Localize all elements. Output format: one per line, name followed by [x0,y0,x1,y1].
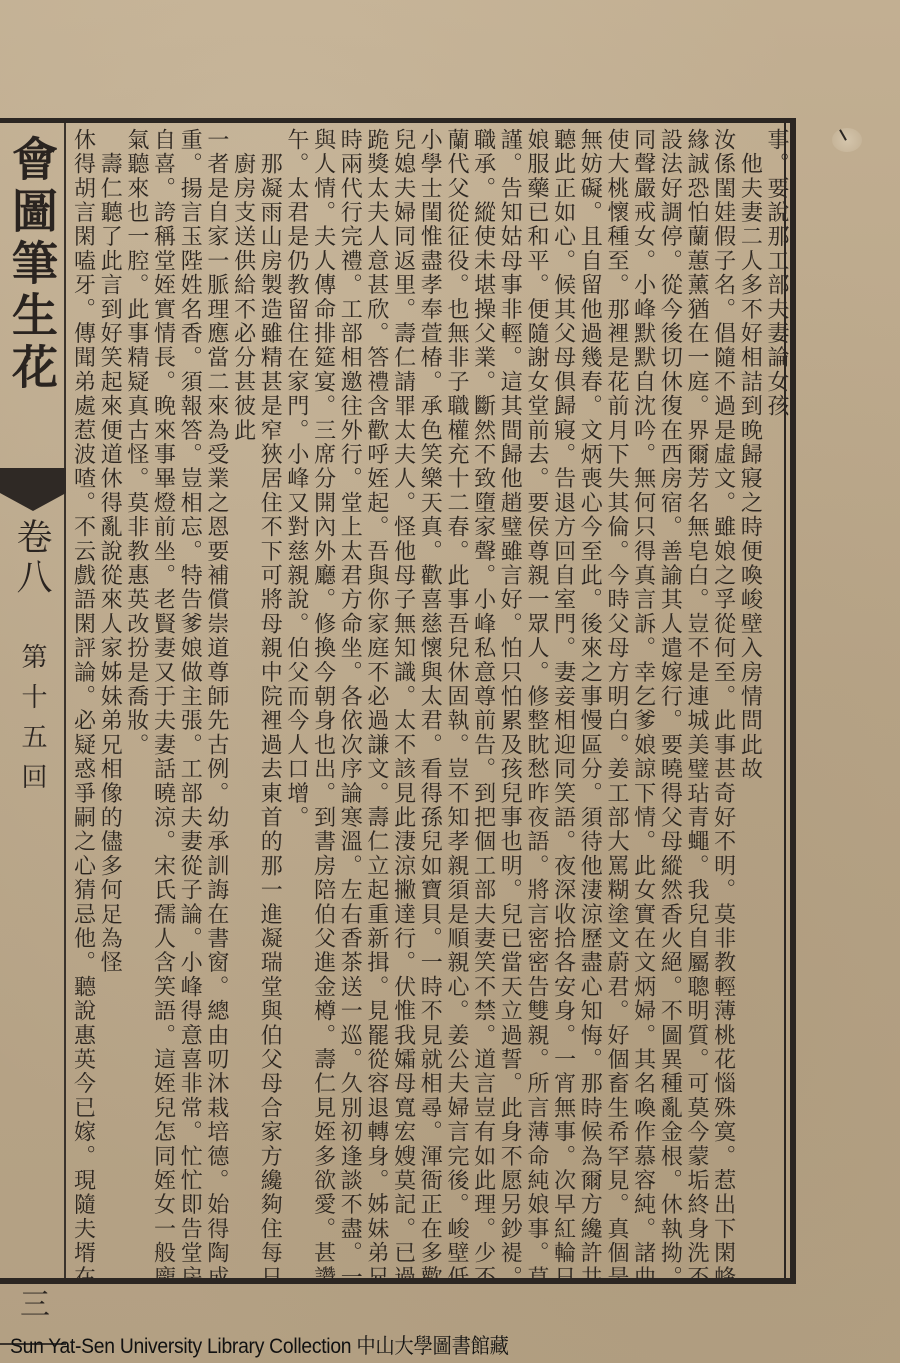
volume-label: 卷八 [6,518,56,598]
text-column: 自喜。誇稱堂姪實情長。晚來事畢燈前坐。老賢妻又于夫妻話曉涼。宋氏孺人含笑語。這姪… [150,128,177,1278]
fishtail-notch-icon [0,493,66,511]
text-column: 蘭代父從征役。也無非子職權充十二春。此事吾兒休固執。豈不知孝親須是順親心。姜公夫… [443,128,470,1278]
fishtail-mark-icon [0,468,66,493]
text-column: 聽此正如心。候其父母俱歸寢。告退方回自室門。妻妾相迎同笑語。夜深收拾各安身。一宵… [550,128,577,1278]
text-column: 使大桃懷種至。那裡是花前月下失其倫。今時父母方明白。姜工部大罵糊塗文蔚君。好個畜… [603,128,630,1278]
text-column: 無妨礙。且自留他過幾春。文炳喪心今至此。後來之事慢區分。須待他淒涼歷盡心知悔。那… [577,128,604,1278]
text-column: 重。揚言玉陛姓名香。須報答。豈相忘。特告爹娘做主張。工部夫妻從子論。小峰得意喜非… [177,128,204,1278]
book-page: 會圖筆生花 卷八 第十五回 三 事。要說那工部夫妻論女孩 他夫妻二人多不好相詰到… [0,0,900,1363]
text-column: 設法好調停。從今後切休復在西房宿。善諭其人遣嫁行。要曉得父母縱然香火絕。不圖異種… [657,128,684,1278]
chapter-label: 第十五回 [10,643,54,803]
book-title: 會圖筆生花 [2,135,62,395]
text-column: 緣誠恐怕蘭蕙薰猶在一庭。界爾芳名無皂白。豈不是連城美璧玷青蠅。我兒自屬聰明質。可… [683,128,710,1278]
text-column: 那凝雨山房製造雖精甚是窄狹居住不下可將母親中院裡過去東首的那一進凝瑞堂與伯父母合… [257,128,284,1278]
text-column: 娘服藥已和平。便隨謝女堂前去。要侯尊親一眾人。修整眈愁昨夜語。將言密密告雙親。所… [523,128,550,1278]
text-column: 事。要說那工部夫妻論女孩 [763,128,790,1278]
text-column: 休得胡言閑嗑牙。傳聞弟處惹波喳。不云戲語閑評論。必疑惑爭嗣之心猜忌他。聽說惠英今… [70,128,97,1278]
spine-column: 會圖筆生花 卷八 第十五回 三 [0,123,66,1278]
text-column: 汝係閨娃假子名。倡隨不過是虛文。雖娘之孚從何至。此事甚奇好不明。莫非教輕薄桃花惱… [710,128,737,1278]
text-column: 一者是自家一脈理應當二來為受業之恩要補償崇道尊師先古例。幼承訓誨在書窗。總由叨沐… [203,128,230,1278]
text-column: 謹。告知姑母事非輕。這其間歸他趙璧雖言好。怕只怕累及孩兒事也明。兒已當天立過誓。… [497,128,524,1278]
text-column: 職承。縱使未堪操父業。斷然不致墮家聲。小峰私意尊前告。到把個工部夫妻笑不禁。道言… [470,128,497,1278]
paper-stain [832,128,862,152]
text-column: 午。太君是仍教留住在家門。小峰又對慈親說。伯父而今人口增。 [283,128,310,1278]
text-column: 小學士閨惟盡孝奉萱椿。承色笑樂天真。歡喜慈懷與太君。看得孫兒如寶貝。一時不見就相… [417,128,444,1278]
page-number: 三 [8,1288,54,1318]
text-column: 與人情。夫人傳命排筵宴。三席分開內外廳。修換今朝身也出。到書房陪伯父進金樽。壽仁… [310,128,337,1278]
library-watermark: Sun Yat-Sen University Library Collectio… [10,1330,509,1360]
text-block: 事。要說那工部夫妻論女孩 他夫妻二人多不好相詰到晚歸寢之時便喚峻壁入房情問此故 … [70,128,790,1278]
text-column: 氣聽來也一腔。此事精疑真古怪。莫非教惠英改扮是喬妝。 [123,128,150,1278]
text-column: 兒媳夫婦同返里。壽仁請罪太夫人。怪他母子無知識。太不該見此淒涼撇達行。伏惟我孀母… [390,128,417,1278]
text-column: 壽仁聽了此言到好笑起來便道休得亂說從來人家姊妹弟兄相像的儘多何足為怪 [97,128,124,1278]
text-column: 他夫妻二人多不好相詰到晚歸寢之時便喚峻壁入房情問此故 [737,128,764,1278]
text-column: 時兩代行完禮。工部相邀往外行。堂上太君方命坐。各依次序論寒溫。左右香茶送一巡。久… [337,128,364,1278]
text-column: 廚房支送供給不必分甚彼此 [230,128,257,1278]
text-column: 同聲嚴戒女。小峰默默自沈吟。無何只得真言訴。幸乞爹娘諒下情。此女實在文炳婦。其名… [630,128,657,1278]
text-column: 跪獎太夫人意甚欣。答禮含歡呼姪起。吾與你家庭不必過謙文。壽仁立起重新揖。見罷從容… [363,128,390,1278]
